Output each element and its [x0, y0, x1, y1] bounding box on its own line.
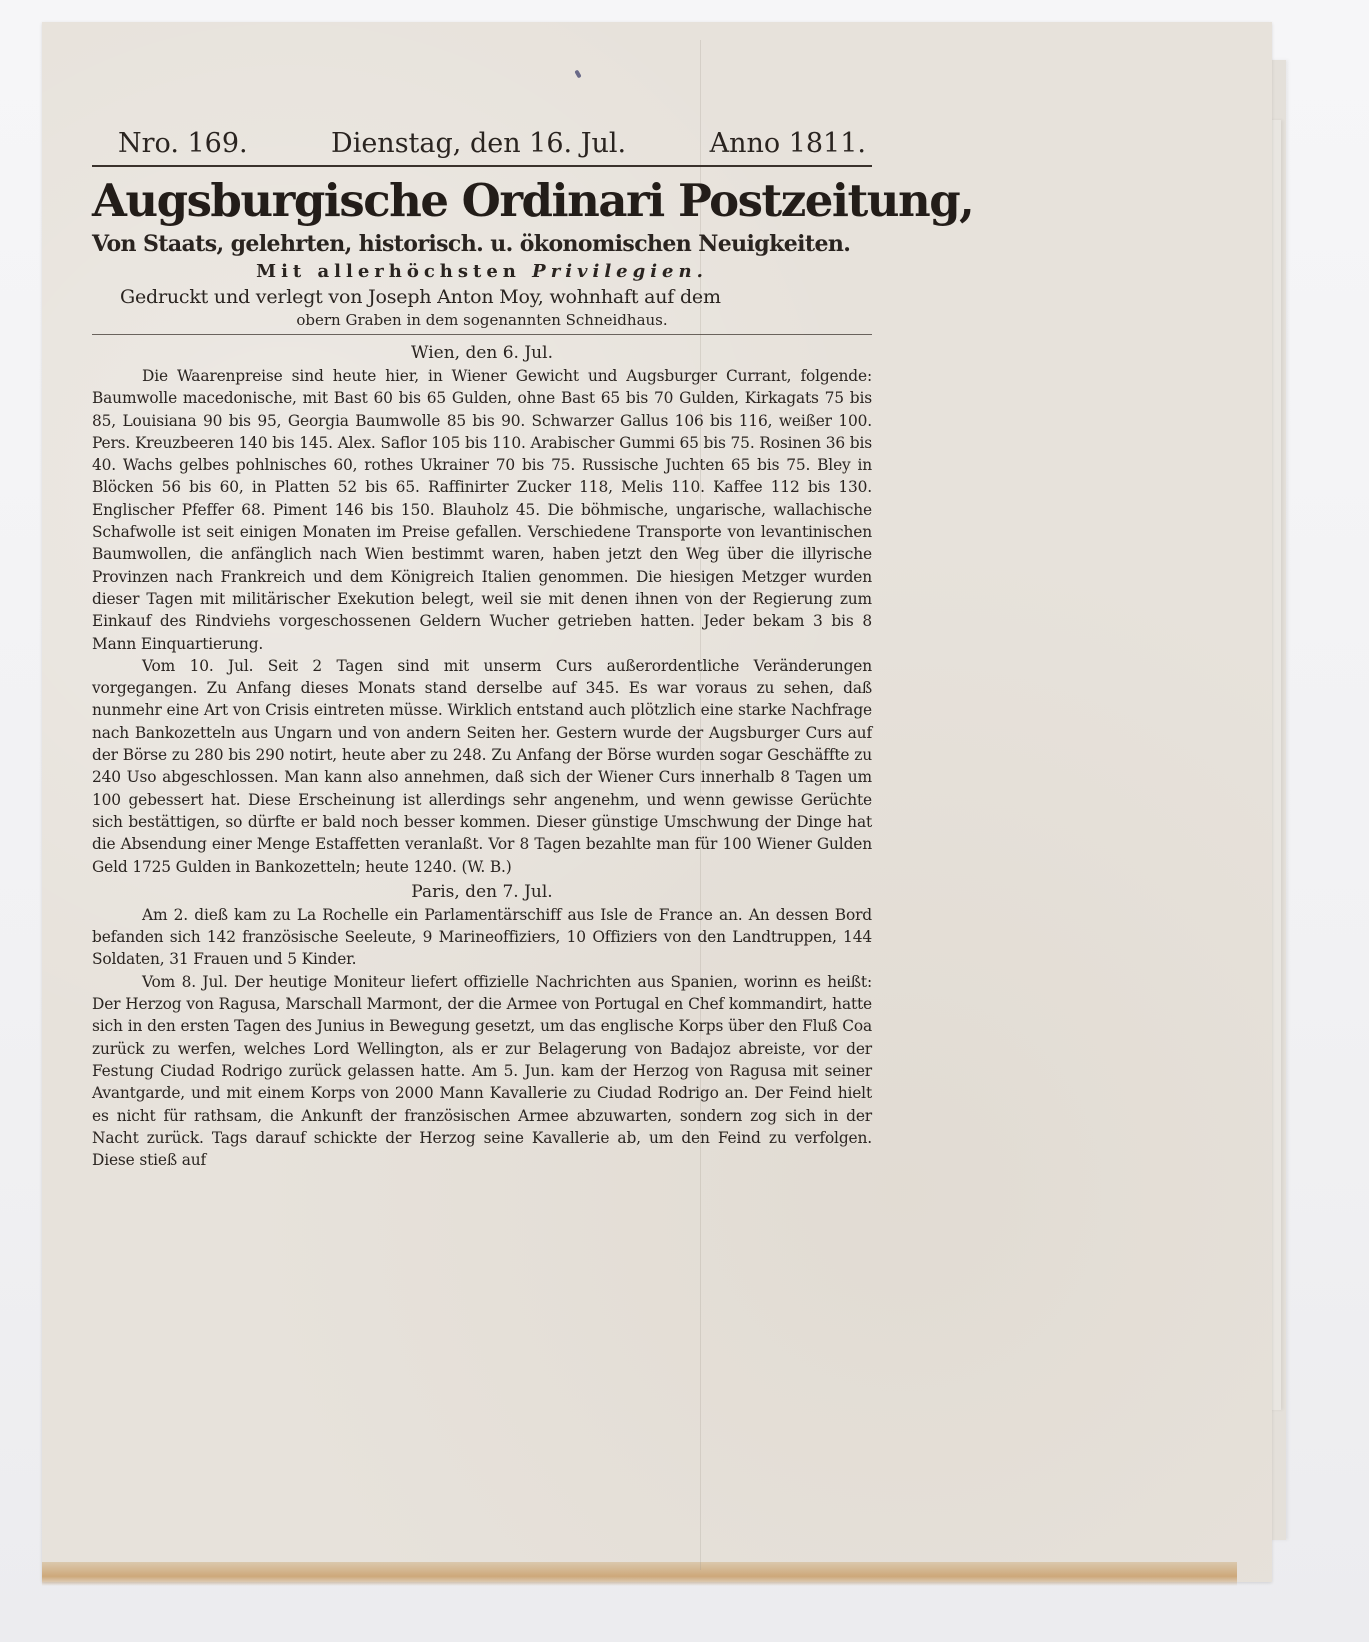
article-paragraph: Die Waarenpreise sind heute hier, in Wie…	[92, 365, 872, 655]
privilege-line: Mit allerhöchsten Privilegien.	[92, 259, 872, 285]
header-rule	[92, 165, 872, 167]
issue-year: Anno 1811.	[710, 128, 866, 159]
issue-number: Nro. 169.	[118, 128, 248, 159]
printer-line-2: obern Graben in dem sogenannten Schneidh…	[92, 310, 872, 330]
printer-line-1: Gedruckt und verlegt von Joseph Anton Mo…	[92, 285, 872, 310]
article-paragraph: Vom 10. Jul. Seit 2 Tagen sind mit unser…	[92, 655, 872, 878]
article-body: Die Waarenpreise sind heute hier, in Wie…	[92, 365, 872, 878]
newspaper-title: Augsburgische Ordinari Postzeitung,	[92, 173, 872, 229]
newspaper-content: Nro. 169. Dienstag, den 16. Jul. Anno 18…	[92, 128, 872, 1171]
article-dateline: Wien, den 6. Jul.	[92, 341, 872, 365]
issue-info-row: Nro. 169. Dienstag, den 16. Jul. Anno 18…	[92, 128, 872, 161]
article-paragraph: Vom 8. Jul. Der heutige Moniteur liefert…	[92, 971, 872, 1172]
article-dateline: Paris, den 7. Jul.	[92, 880, 872, 904]
article-body: Am 2. dieß kam zu La Rochelle ein Parlam…	[92, 904, 872, 1172]
issue-date: Dienstag, den 16. Jul.	[331, 128, 626, 159]
masthead-bottom-rule	[92, 334, 872, 335]
privilege-word: Privilegien.	[532, 261, 708, 282]
newspaper-subtitle: Von Staats, gelehrten, historisch. u. ök…	[92, 229, 872, 259]
stained-bottom-edge	[42, 1562, 1237, 1586]
article-paragraph: Am 2. dieß kam zu La Rochelle ein Parlam…	[92, 904, 872, 971]
privilege-prefix: Mit allerhöchsten	[256, 261, 521, 282]
